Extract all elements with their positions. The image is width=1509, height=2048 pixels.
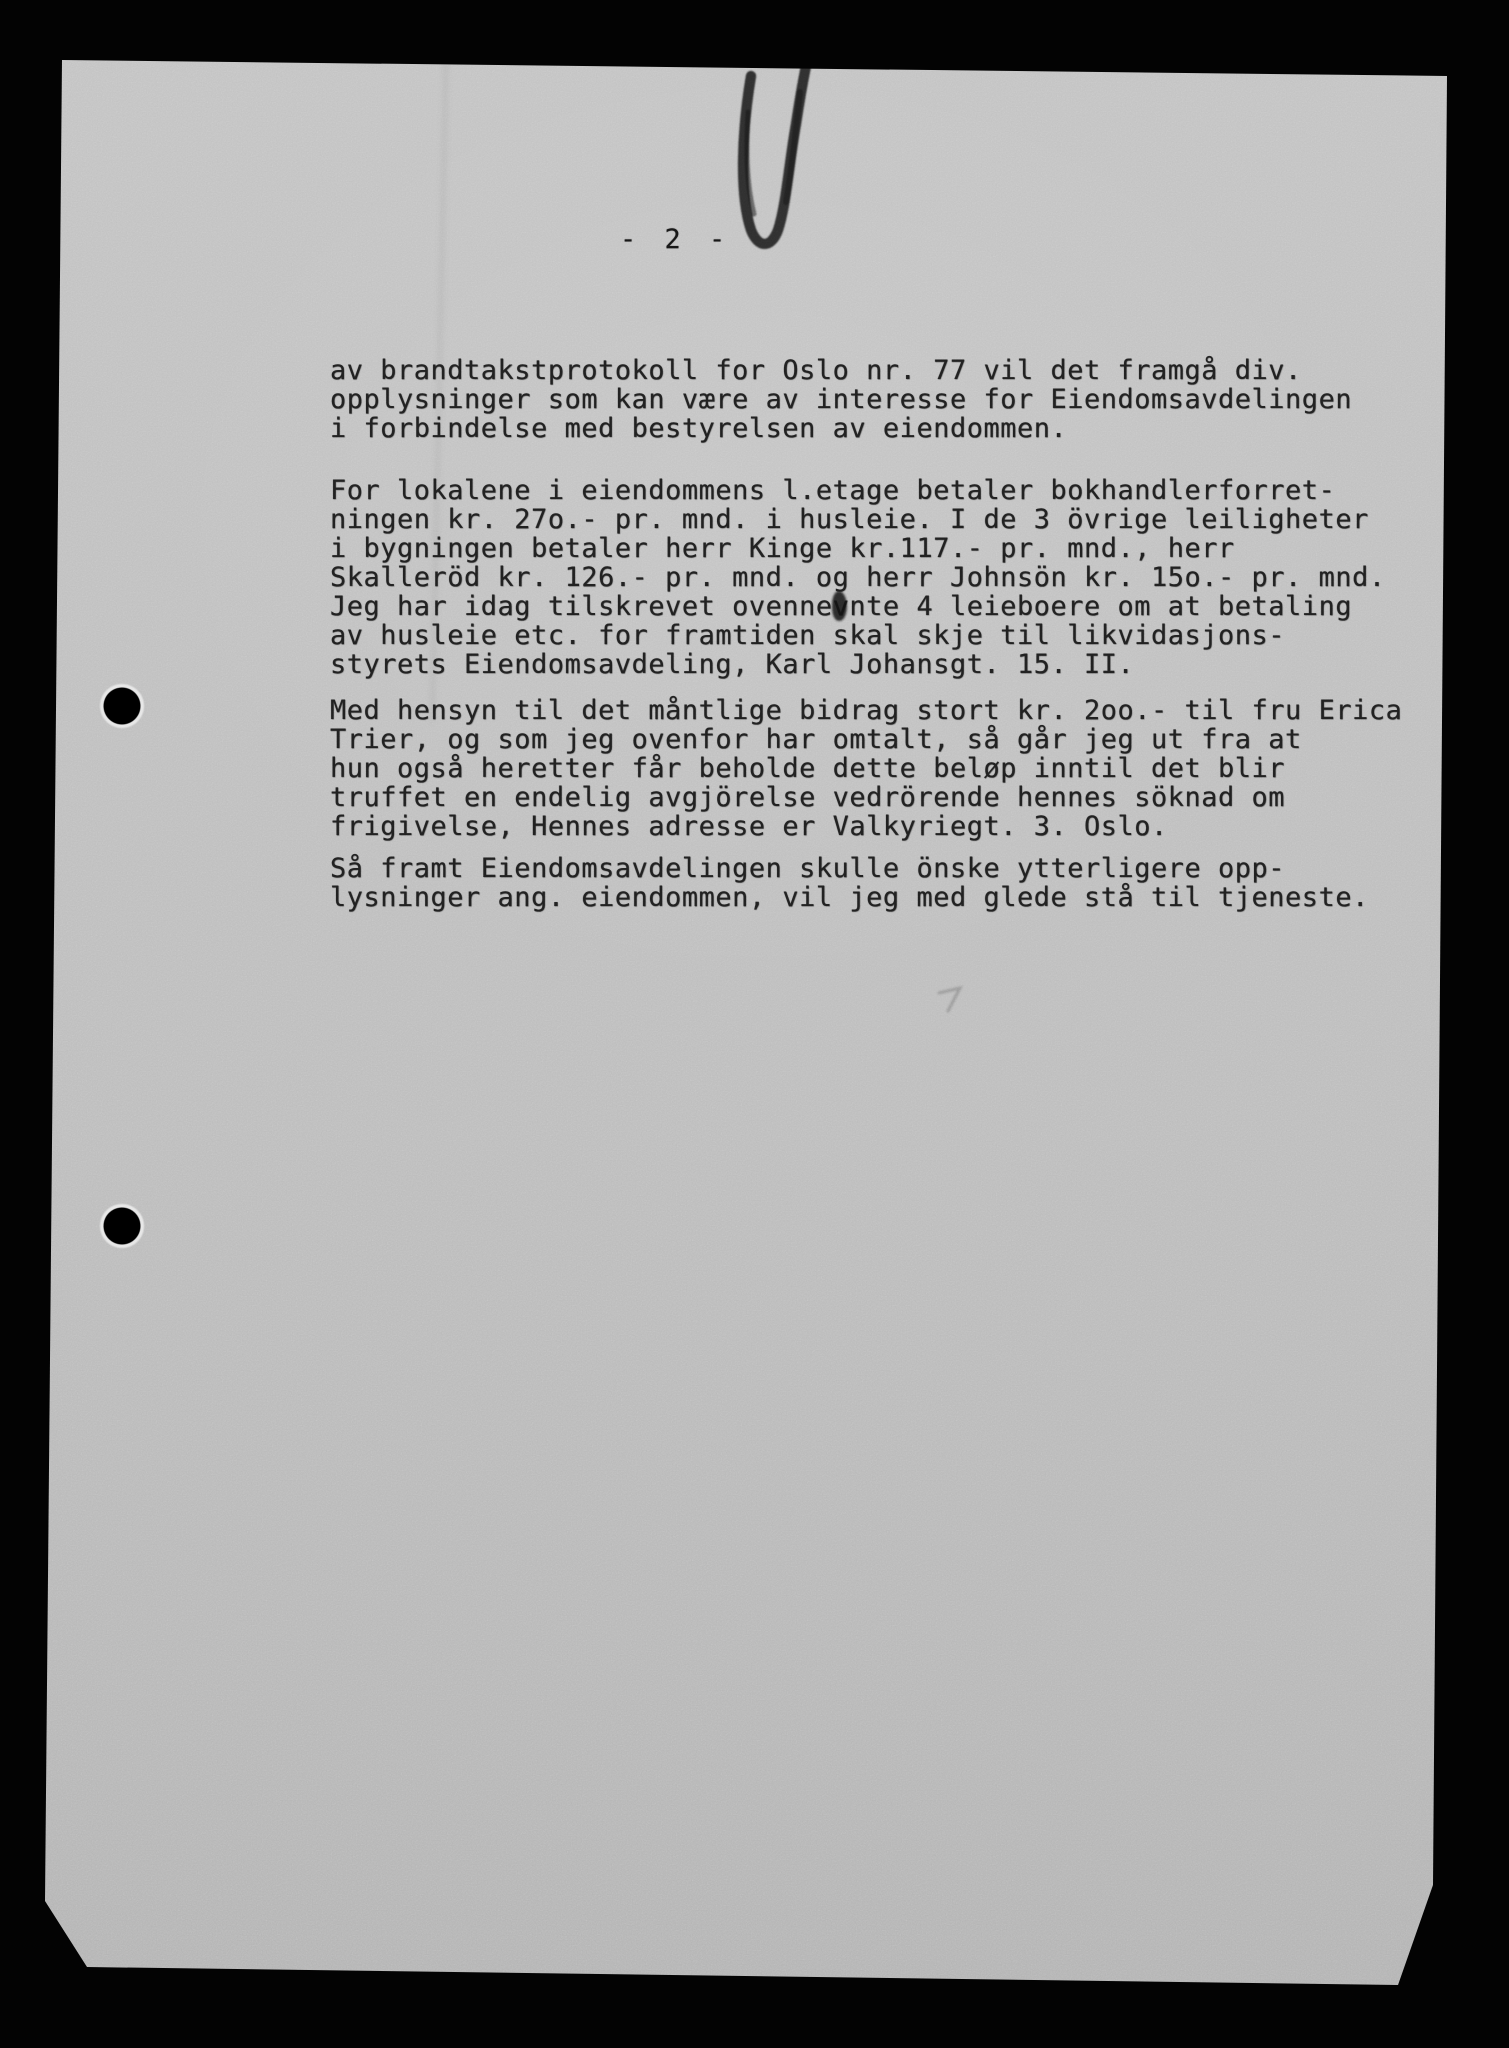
hole-punch-bottom (99, 1203, 145, 1249)
page-number: - 2 - (620, 224, 731, 255)
paragraph-husleie: For lokalene i eiendommens l.etage betal… (330, 476, 1386, 679)
paragraph-bidrag: Med hensyn til det måntlige bidrag stort… (330, 696, 1402, 841)
pencil-smudge-mark (936, 983, 970, 1017)
paragraph-brandtakst: av brandtakstprotokoll for Oslo nr. 77 v… (330, 356, 1352, 443)
hole-punch-top (99, 683, 145, 729)
paper-grain-texture (0, 0, 1509, 2048)
paper-sheet: - 2 - av brandtakstprotokoll for Oslo nr… (0, 0, 1509, 2048)
handwritten-u-mark (718, 52, 838, 267)
ink-blot (832, 591, 847, 621)
scanned-document-page: - 2 - av brandtakstprotokoll for Oslo nr… (0, 0, 1509, 2048)
paragraph-avslutning: Så framt Eiendomsavdelingen skulle önske… (330, 854, 1369, 912)
